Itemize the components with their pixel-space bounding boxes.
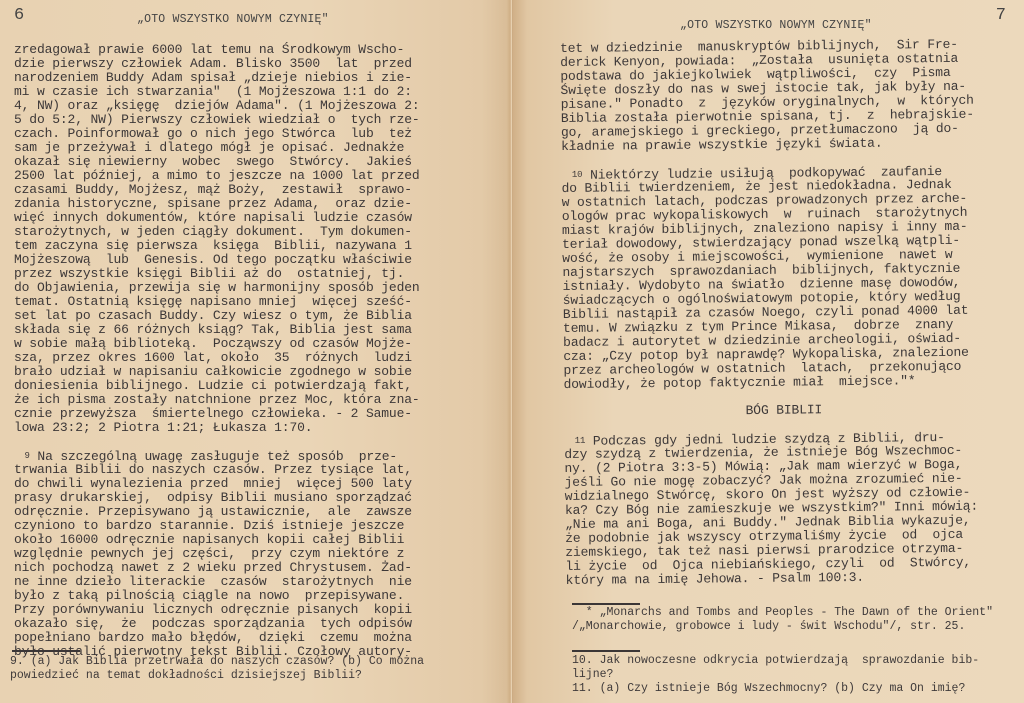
text-line: okazał się niewierny wobec swego Stwórcy…	[14, 155, 420, 169]
book-spread: 6 „OTO WSZYSTKO NOWYM CZYNIĘ" zredagował…	[0, 0, 1024, 703]
text-line: względnie pewnych jej części, przy czym …	[14, 547, 420, 561]
right-body-text: tet w dziedzinie manuskryptów biblijnych…	[560, 37, 1006, 588]
text-line: do Objawienia, przewija się w harmonijny…	[14, 281, 420, 295]
text-line: nich pochodzą nawet z 2 wieku przed Chry…	[14, 561, 420, 575]
text-line: starożytnych, w jeden ciągły dokument. T…	[14, 225, 420, 239]
running-head: „OTO WSZYSTKO NOWYM CZYNIĘ"	[137, 13, 329, 26]
text-line: który ma na imię Jehowa. - Psalm 100:3.	[566, 569, 1006, 588]
text-line: * „Monarchs and Tombs and Peoples - The …	[572, 606, 993, 620]
text-line: 10. Jak nowoczesne odkrycia potwierdzają…	[572, 654, 979, 668]
text-line: Przy porównywaniu licznych odręcznie pis…	[14, 603, 420, 617]
text-line: okazało się, że podczas sporządzania tyc…	[14, 617, 420, 631]
text-line: 11. (a) Czy istnieje Bóg Wszechmocny? (b…	[572, 682, 979, 696]
footnote-rule	[12, 650, 80, 652]
text-line: przez wszystkie księgi Biblii aż do osta…	[14, 267, 420, 281]
paragraph-gap	[14, 435, 420, 449]
text-line: dzie pierwszy człowiek Adam. Blisko 3500…	[14, 57, 420, 71]
text-line: więć innych dokumentów, które napisali l…	[14, 211, 420, 225]
text-line: w sobie małą biblioteką. Począwszy od cz…	[14, 337, 420, 351]
text-line: składa się z 66 różnych ksiąg? Tak, Bibl…	[14, 323, 420, 337]
text-line: lowa 23:2; 2 Piotra 1:21; Łukasza 1:70.	[14, 421, 420, 435]
left-page: 6 „OTO WSZYSTKO NOWYM CZYNIĘ" zredagował…	[0, 0, 512, 703]
paragraph-number: 10	[561, 170, 582, 180]
text-line: zredagował prawie 6000 lat temu na Środk…	[14, 43, 420, 57]
text-line: lijne?	[572, 668, 979, 682]
footnote: * „Monarchs and Tombs and Peoples - The …	[572, 606, 993, 634]
text-line: 5 do 5:2, NW) Pierwszy człowiek wiedział…	[14, 113, 420, 127]
text-line: 4, NW) oraz „księgę dziejów Adama". (1 M…	[14, 99, 420, 113]
text-line: do chwili wynalezienia przed mniej więce…	[14, 477, 420, 491]
paragraph-number: 9	[14, 451, 30, 461]
left-body-text: zredagował prawie 6000 lat temu na Środk…	[14, 43, 420, 659]
text-line: odręcznie. Przepisywano ją ustawicznie, …	[14, 505, 420, 519]
text-line: set lat po czasach Buddy. Czy wiesz o ty…	[14, 309, 420, 323]
text-line: narodzeniem Buddy Adam spisał „dzieje ni…	[14, 71, 420, 85]
footnote-rule	[572, 603, 640, 605]
text-line: trwania Biblii do naszych czasów. Przez …	[14, 463, 420, 477]
text-line: czyniono to bardzo starannie. Dziś istni…	[14, 519, 420, 533]
text-line: cznie przewyższa śmiertelnego człowieka.…	[14, 407, 420, 421]
text-line: temat. Ostatnią księgę napisano mniej wi…	[14, 295, 420, 309]
page-number: 6	[14, 6, 24, 25]
text-line: doniesienia biblijnego. Ludzie ci potwie…	[14, 379, 420, 393]
text-line: mi w czasie ich stwarzania" (1 Mojżeszow…	[14, 85, 420, 99]
text-line: 2500 lat później, a mimo to jeszcze na 1…	[14, 169, 420, 183]
text-line: brało udział w napisaniu całkowicie zgod…	[14, 365, 420, 379]
text-line: zdania historyczne, spisane przez Adama,…	[14, 197, 420, 211]
study-questions: 10. Jak nowoczesne odkrycia potwierdzają…	[572, 654, 979, 696]
text-line: było z taką pilnością ciągle na nowo prz…	[14, 589, 420, 603]
questions-rule	[572, 650, 640, 652]
right-page: 7 „OTO WSZYSTKO NOWYM CZYNIĘ" tet w dzie…	[512, 0, 1024, 703]
text-line: sam je przeżywał i dlatego mógł je opisa…	[14, 141, 420, 155]
running-head: „OTO WSZYSTKO NOWYM CZYNIĘ"	[680, 19, 872, 32]
text-line: że ich pisma zostały natchnione przez Mo…	[14, 393, 420, 407]
text-line: /„Monarchowie, grobowce i ludy - świt Ws…	[572, 620, 993, 634]
text-line: ne inne dzieło literackie czasów staroży…	[14, 575, 420, 589]
text-line: powiedzieć na temat dokładności dzisiejs…	[10, 669, 424, 683]
text-line: czasami Buddy, Mojżesz, mąż Boży, zestaw…	[14, 183, 420, 197]
text-line: tem zaczyna się pierwsza księga Biblii, …	[14, 239, 420, 253]
study-questions: 9. (a) Jak Biblia przetrwała do naszych …	[10, 655, 424, 683]
text-line: 9. (a) Jak Biblia przetrwała do naszych …	[10, 655, 424, 669]
text-line: czach. Poinformował go o nich jego Stwór…	[14, 127, 420, 141]
text-line: sza, przez okres 1600 lat, około 35 różn…	[14, 351, 420, 365]
page-number: 7	[996, 6, 1006, 25]
paragraph-number: 11	[564, 436, 585, 446]
book-spine	[510, 0, 513, 703]
text-line: popełniano bardzo mało błędów, dzięki cz…	[14, 631, 420, 645]
text-line: Mojżeszową lub Genesis. Od tego początku…	[14, 253, 420, 267]
text-line: około 16000 odręcznie napisanych kopii c…	[14, 533, 420, 547]
paragraph-first-line: 9 Na szczególną uwagę zasługuje też spos…	[14, 449, 420, 463]
text-line: prasy drukarskiej, odpisy Biblii musiano…	[14, 491, 420, 505]
